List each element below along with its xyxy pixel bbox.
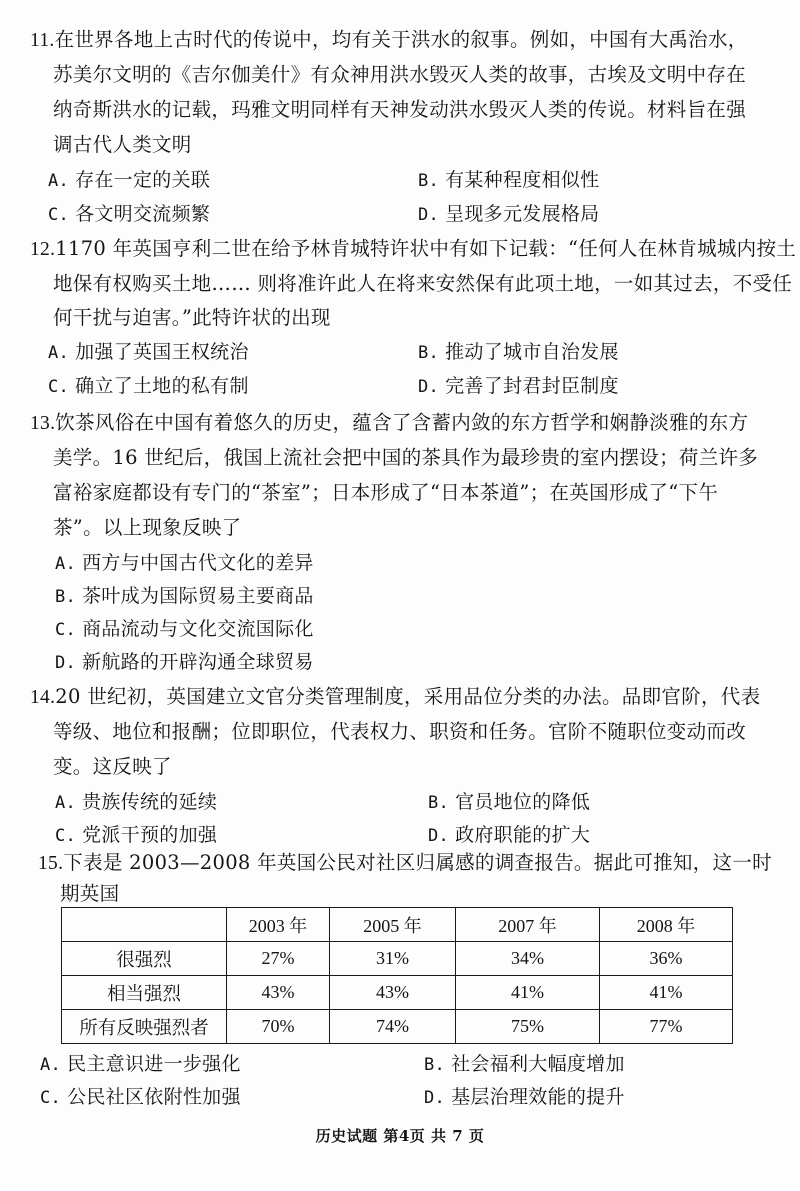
table-cell: 75% <box>456 1010 600 1044</box>
option-a: A.民主意识进一步强化 <box>40 1052 241 1077</box>
table-header-cell: 2007 年 <box>456 908 600 942</box>
table-cell: 41% <box>600 976 733 1010</box>
option-d: D.政府职能的扩大 <box>428 823 590 848</box>
table-cell: 31% <box>330 942 456 976</box>
option-b: B.推动了城市自治发展 <box>418 340 619 365</box>
option-d: D.完善了封君封臣制度 <box>418 374 619 399</box>
question-stem-line: 12.1170 年英国亨利二世在给予林肯城特许状中有如下记载：“任何人在林肯城城… <box>30 237 796 262</box>
question-stem-line: 期英国 <box>60 882 119 906</box>
table-cell: 43% <box>330 976 456 1010</box>
question-stem-line: 调古代人类文明 <box>53 133 192 157</box>
option-c: C.商品流动与文化交流国际化 <box>55 617 314 642</box>
table-cell: 27% <box>227 942 330 976</box>
option-d: D.基层治理效能的提升 <box>424 1085 625 1110</box>
table-header-cell: 2003 年 <box>227 908 330 942</box>
table-row-label: 相当强烈 <box>62 976 227 1010</box>
option-c: C.各文明交流频繁 <box>48 202 210 227</box>
option-b: B.官员地位的降低 <box>428 790 590 815</box>
question-stem-line: 茶”。以上现象反映了 <box>53 516 241 540</box>
option-a: A.存在一定的关联 <box>48 168 210 193</box>
question-stem-line: 何干扰与迫害。”此特许状的出现 <box>53 306 331 330</box>
option-d: D.新航路的开辟沟通全球贸易 <box>55 650 314 675</box>
table-cell: 74% <box>330 1010 456 1044</box>
question-stem-line: 地保有权购买土地…… 则将准许此人在将来安然保有此项土地，一如其过去，不受任 <box>53 272 792 296</box>
question-stem-line: 苏美尔文明的《吉尔伽美什》有众神用洪水毁灭人类的故事，古埃及文明中存在 <box>53 63 746 87</box>
table-header-cell: 2008 年 <box>600 908 733 942</box>
question-stem-line: 富裕家庭都设有专门的“茶室”；日本形成了“日本茶道”；在英国形成了“下午 <box>53 481 718 505</box>
option-c: C.公民社区依附性加强 <box>40 1085 241 1110</box>
table-row: 很强烈 27% 31% 34% 36% <box>62 942 733 976</box>
table-cell: 36% <box>600 942 733 976</box>
question-stem-line: 美学。16 世纪后，俄国上流社会把中国的茶具作为最珍贵的室内摆设；荷兰许多 <box>53 446 758 470</box>
question-stem-line: 纳奇斯洪水的记载，玛雅文明同样有天神发动洪水毁灭人类的传说。材料旨在强 <box>53 98 746 122</box>
question-number: 14. <box>30 687 55 708</box>
table-cell: 70% <box>227 1010 330 1044</box>
question-stem-line: 变。这反映了 <box>53 755 172 779</box>
table-row-label: 很强烈 <box>62 942 227 976</box>
table-cell: 43% <box>227 976 330 1010</box>
question-stem-line: 14.20 世纪初，英国建立文官分类管理制度，采用品位分类的办法。品即官阶，代表 <box>30 685 760 710</box>
question-number: 11. <box>30 30 55 51</box>
table-header-cell <box>62 908 227 942</box>
table-cell: 41% <box>456 976 600 1010</box>
table-cell: 34% <box>456 942 600 976</box>
question-stem-line: 15.下表是 2003—2008 年英国公民对社区归属感的调查报告。据此可推知，… <box>38 851 772 876</box>
question-stem-line: 13.饮茶风俗在中国有着悠久的历史，蕴含了含蓄内敛的东方哲学和娴静淡雅的东方 <box>30 411 748 436</box>
option-a: A.贵族传统的延续 <box>55 790 217 815</box>
option-b: B.社会福利大幅度增加 <box>424 1052 625 1077</box>
page-footer: 历史试题 第4页 共 7 页 <box>0 1125 800 1146</box>
option-b: B.茶叶成为国际贸易主要商品 <box>55 584 314 609</box>
table-header-cell: 2005 年 <box>330 908 456 942</box>
exam-page: 11.在世界各地上古时代的传说中，均有关于洪水的叙事。例如，中国有大禹治水， 苏… <box>0 0 800 1191</box>
option-d: D.呈现多元发展格局 <box>418 202 599 227</box>
question-number: 13. <box>30 413 55 434</box>
option-c: C.党派干预的加强 <box>55 823 217 848</box>
question-number: 12. <box>30 239 55 260</box>
table-row: 相当强烈 43% 43% 41% 41% <box>62 976 733 1010</box>
question-number: 15. <box>38 853 63 874</box>
option-a: A.加强了英国王权统治 <box>48 340 249 365</box>
table-row: 所有反映强烈者 70% 74% 75% 77% <box>62 1010 733 1044</box>
table-cell: 77% <box>600 1010 733 1044</box>
option-c: C.确立了土地的私有制 <box>48 374 249 399</box>
survey-table: 2003 年 2005 年 2007 年 2008 年 很强烈 27% 31% … <box>61 907 733 1044</box>
question-stem-line: 11.在世界各地上古时代的传说中，均有关于洪水的叙事。例如，中国有大禹治水， <box>30 28 748 53</box>
table-row-label: 所有反映强烈者 <box>62 1010 227 1044</box>
option-b: B.有某种程度相似性 <box>418 168 599 193</box>
question-stem-line: 等级、地位和报酬；位即职位，代表权力、职资和任务。官阶不随职位变动而改 <box>53 720 746 744</box>
table-header-row: 2003 年 2005 年 2007 年 2008 年 <box>62 908 733 942</box>
option-a: A.西方与中国古代文化的差异 <box>55 551 314 576</box>
